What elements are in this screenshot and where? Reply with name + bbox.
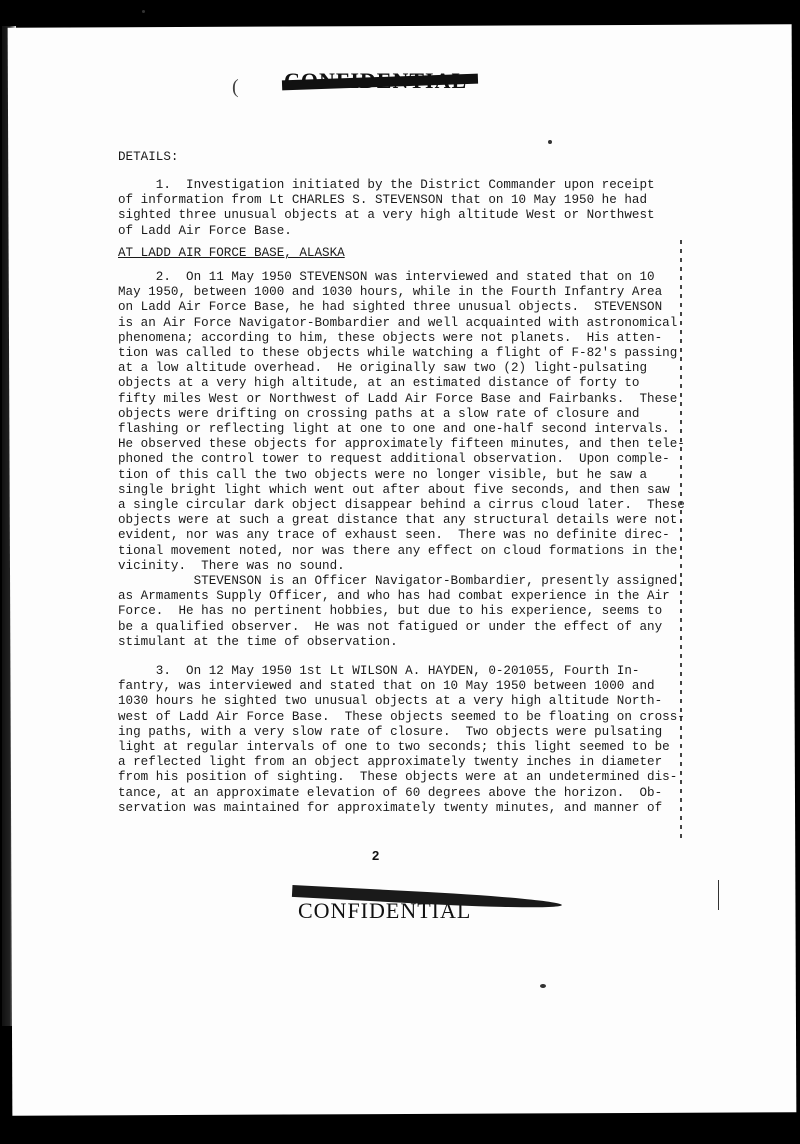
classification-stamp-bottom: CONFIDENTIAL	[298, 898, 471, 924]
paragraph-2-continued: STEVENSON is an Officer Navigator-Bombar…	[118, 574, 678, 650]
scan-speck	[142, 10, 145, 13]
scan-speck	[540, 984, 546, 988]
paragraph-3: 3. On 12 May 1950 1st Lt WILSON A. HAYDE…	[118, 664, 678, 816]
scan-speck	[548, 140, 552, 144]
section-label: DETAILS:	[118, 150, 678, 165]
margin-tick	[718, 880, 719, 910]
paragraph-2: 2. On 11 May 1950 STEVENSON was intervie…	[118, 270, 678, 574]
margin-annotation-line	[680, 240, 682, 840]
classification-stamp-top: CONFIDENTIAL	[284, 68, 467, 94]
paragraph-1: 1. Investigation initiated by the Distri…	[118, 178, 678, 239]
handwritten-mark-icon: (	[232, 76, 239, 99]
location-subheading: AT LADD AIR FORCE BASE, ALASKA	[118, 246, 678, 261]
page-number: 2	[372, 848, 379, 863]
